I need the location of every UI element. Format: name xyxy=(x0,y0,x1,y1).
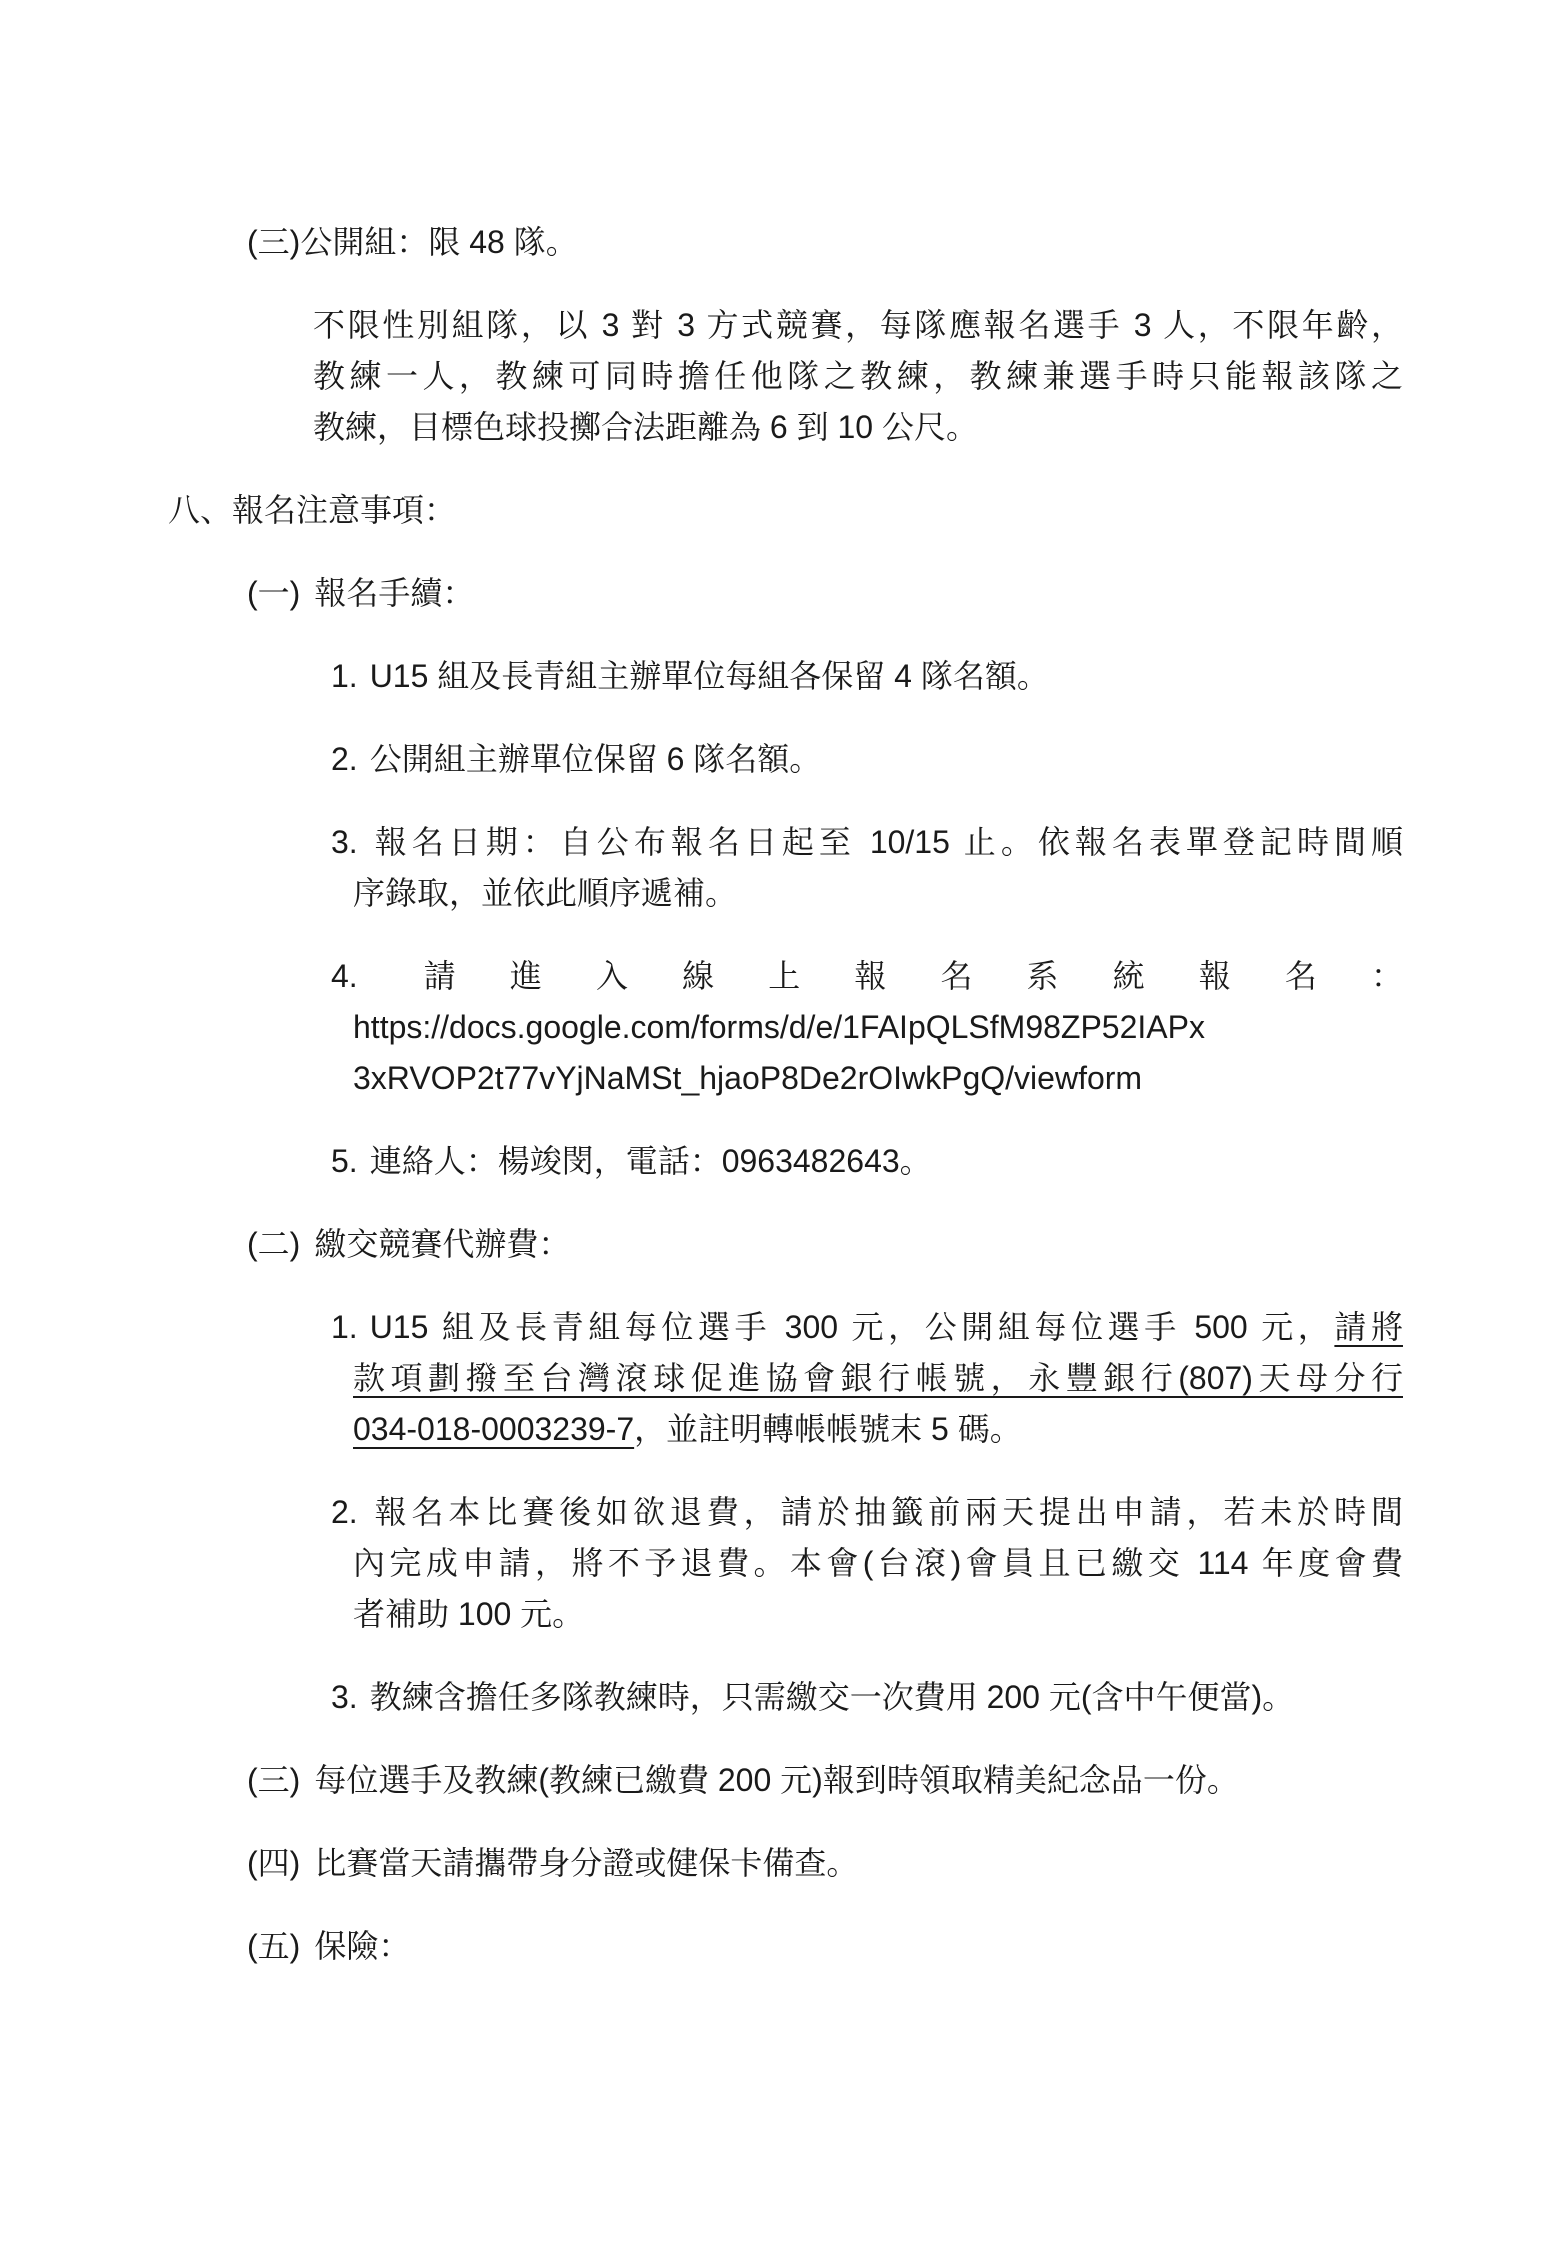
section-8-heading: 八、報名注意事項： xyxy=(168,485,1566,536)
fee-item-2: 2.報名本比賽後如欲退費，請於抽籤前兩天提出申請，若未於時間 內完成申請，將不予… xyxy=(353,1487,1403,1640)
item-number: 1. xyxy=(331,1309,358,1345)
registration-item-4: 4.請進入線上報名系統報名： https://docs.google.com/f… xyxy=(353,951,1403,1104)
contact-info-text: 連絡人：楊竣閔，電話：0963482643。 xyxy=(370,1143,932,1179)
item-number: 5. xyxy=(331,1143,358,1179)
bank-account-line: 034-018-0003239-7，並註明轉帳帳號末 5 碼。 xyxy=(353,1404,1403,1455)
bank-instruction-underlined: 請將 xyxy=(1334,1309,1403,1345)
subsection-1-label: (一) xyxy=(247,575,300,611)
clause-3-label: (三) xyxy=(247,224,300,260)
subsection-3-label: (三) xyxy=(247,1762,300,1798)
subsection-1-title: 報名手續： xyxy=(314,575,474,611)
paragraph-line: 不限性別組隊，以 3 對 3 方式競賽，每隊應報名選手 3 人，不限年齡， xyxy=(313,300,1403,351)
item-number: 1. xyxy=(331,658,358,694)
subsection-2-heading: (二)繳交競賽代辦費： xyxy=(247,1219,1566,1270)
subsection-1-heading: (一)報名手續： xyxy=(247,568,1566,619)
subsection-4-label: (四) xyxy=(247,1845,300,1881)
bank-info-line: 款項劃撥至台灣滾球促進協會銀行帳號，永豐銀行(807)天母分行 xyxy=(353,1353,1403,1404)
list-item-line: 5.連絡人：楊竣閔，電話：0963482643。 xyxy=(353,1136,1403,1187)
paragraph-line: 教練，目標色球投擲合法距離為 6 到 10 公尺。 xyxy=(313,402,1403,453)
registration-url-line-2: 3xRVOP2t77vYjNaMSt_hjaoP8De2rOIwkPgQ/vie… xyxy=(353,1053,1403,1104)
item-number: 2. xyxy=(331,741,358,777)
subsection-4-row: (四)比賽當天請攜帶身分證或健保卡備查。 xyxy=(247,1838,1566,1889)
fee-text: U15 組及長青組每位選手 300 元，公開組每位選手 500 元， xyxy=(370,1309,1335,1345)
subsection-2-title: 繳交競賽代辦費： xyxy=(314,1226,570,1262)
item-text: 公開組主辦單位保留 6 隊名額。 xyxy=(370,741,822,777)
list-item-line: 3.教練含擔任多隊教練時，只需繳交一次費用 200 元(含中午便當)。 xyxy=(353,1672,1403,1723)
refund-text-line: 者補助 100 元。 xyxy=(353,1589,1403,1640)
list-item-line: 1.U15 組及長青組主辦單位每組各保留 4 隊名額。 xyxy=(353,651,1403,702)
subsection-3-row: (三)每位選手及教練(教練已繳費 200 元)報到時領取精美紀念品一份。 xyxy=(247,1755,1566,1806)
coach-fee-text: 教練含擔任多隊教練時，只需繳交一次費用 200 元(含中午便當)。 xyxy=(370,1679,1295,1715)
bank-account-number: 034-018-0003239-7 xyxy=(353,1411,634,1447)
paragraph-line: 教練一人，教練可同時擔任他隊之教練，教練兼選手時只能報該隊之 xyxy=(313,351,1403,402)
subsection-5-row: (五)保險： xyxy=(247,1921,1566,1972)
fee-item-1: 1.U15 組及長青組每位選手 300 元，公開組每位選手 500 元，請將 款… xyxy=(353,1302,1403,1455)
item-number: 4. xyxy=(331,958,358,994)
refund-text: 報名本比賽後如欲退費，請於抽籤前兩天提出申請，若未於時間 xyxy=(370,1494,1403,1530)
refund-text-line: 內完成申請，將不予退費。本會(台滾)會員且已繳交 114 年度會費 xyxy=(353,1538,1403,1589)
registration-item-2: 2.公開組主辦單位保留 6 隊名額。 xyxy=(353,734,1403,785)
item-text: U15 組及長青組主辦單位每組各保留 4 隊名額。 xyxy=(370,658,1049,694)
registration-item-5: 5.連絡人：楊竣閔，電話：0963482643。 xyxy=(353,1136,1403,1187)
item-number: 2. xyxy=(331,1494,358,1530)
fee-item-3: 3.教練含擔任多隊教練時，只需繳交一次費用 200 元(含中午便當)。 xyxy=(353,1672,1403,1723)
subsection-5-text: 保險： xyxy=(314,1928,410,1964)
clause-3-text: 公開組：限 48 隊。 xyxy=(300,224,577,260)
bank-branch-underlined: 款項劃撥至台灣滾球促進協會銀行帳號，永豐銀行(807)天母分行 xyxy=(353,1360,1403,1396)
subsection-5-label: (五) xyxy=(247,1928,300,1964)
clause-3-open-group-heading: (三)公開組：限 48 隊。 xyxy=(247,217,1566,268)
list-item-line: 4.請進入線上報名系統報名： xyxy=(353,951,1403,1002)
list-item-line: 3.報名日期：自公布報名日起至 10/15 止。依報名表單登記時間順 xyxy=(353,817,1403,868)
transfer-note-text: ，並註明轉帳帳號末 5 碼。 xyxy=(634,1411,1022,1447)
item-number: 3. xyxy=(331,1679,358,1715)
item-text: 請進入線上報名系統報名： xyxy=(370,958,1403,994)
list-item-line: 序錄取，並依此順序遞補。 xyxy=(353,868,1403,919)
list-item-line: 2.公開組主辦單位保留 6 隊名額。 xyxy=(353,734,1403,785)
list-item-line: 2.報名本比賽後如欲退費，請於抽籤前兩天提出申請，若未於時間 xyxy=(353,1487,1403,1538)
registration-item-1: 1.U15 組及長青組主辦單位每組各保留 4 隊名額。 xyxy=(353,651,1403,702)
subsection-3-text: 每位選手及教練(教練已繳費 200 元)報到時領取精美紀念品一份。 xyxy=(314,1762,1239,1798)
subsection-4-text: 比賽當天請攜帶身分證或健保卡備查。 xyxy=(314,1845,858,1881)
open-group-rules-paragraph: 不限性別組隊，以 3 對 3 方式競賽，每隊應報名選手 3 人，不限年齡， 教練… xyxy=(313,300,1403,453)
registration-url-line-1: https://docs.google.com/forms/d/e/1FAIpQ… xyxy=(353,1002,1403,1053)
registration-item-3: 3.報名日期：自公布報名日起至 10/15 止。依報名表單登記時間順 序錄取，並… xyxy=(353,817,1403,919)
item-number: 3. xyxy=(331,824,358,860)
subsection-2-label: (二) xyxy=(247,1226,300,1262)
item-text: 報名日期：自公布報名日起至 10/15 止。依報名表單登記時間順 xyxy=(370,824,1403,860)
document-page: (三)公開組：限 48 隊。 不限性別組隊，以 3 對 3 方式競賽，每隊應報名… xyxy=(0,0,1566,2268)
list-item-line: 1.U15 組及長青組每位選手 300 元，公開組每位選手 500 元，請將 xyxy=(353,1302,1403,1353)
